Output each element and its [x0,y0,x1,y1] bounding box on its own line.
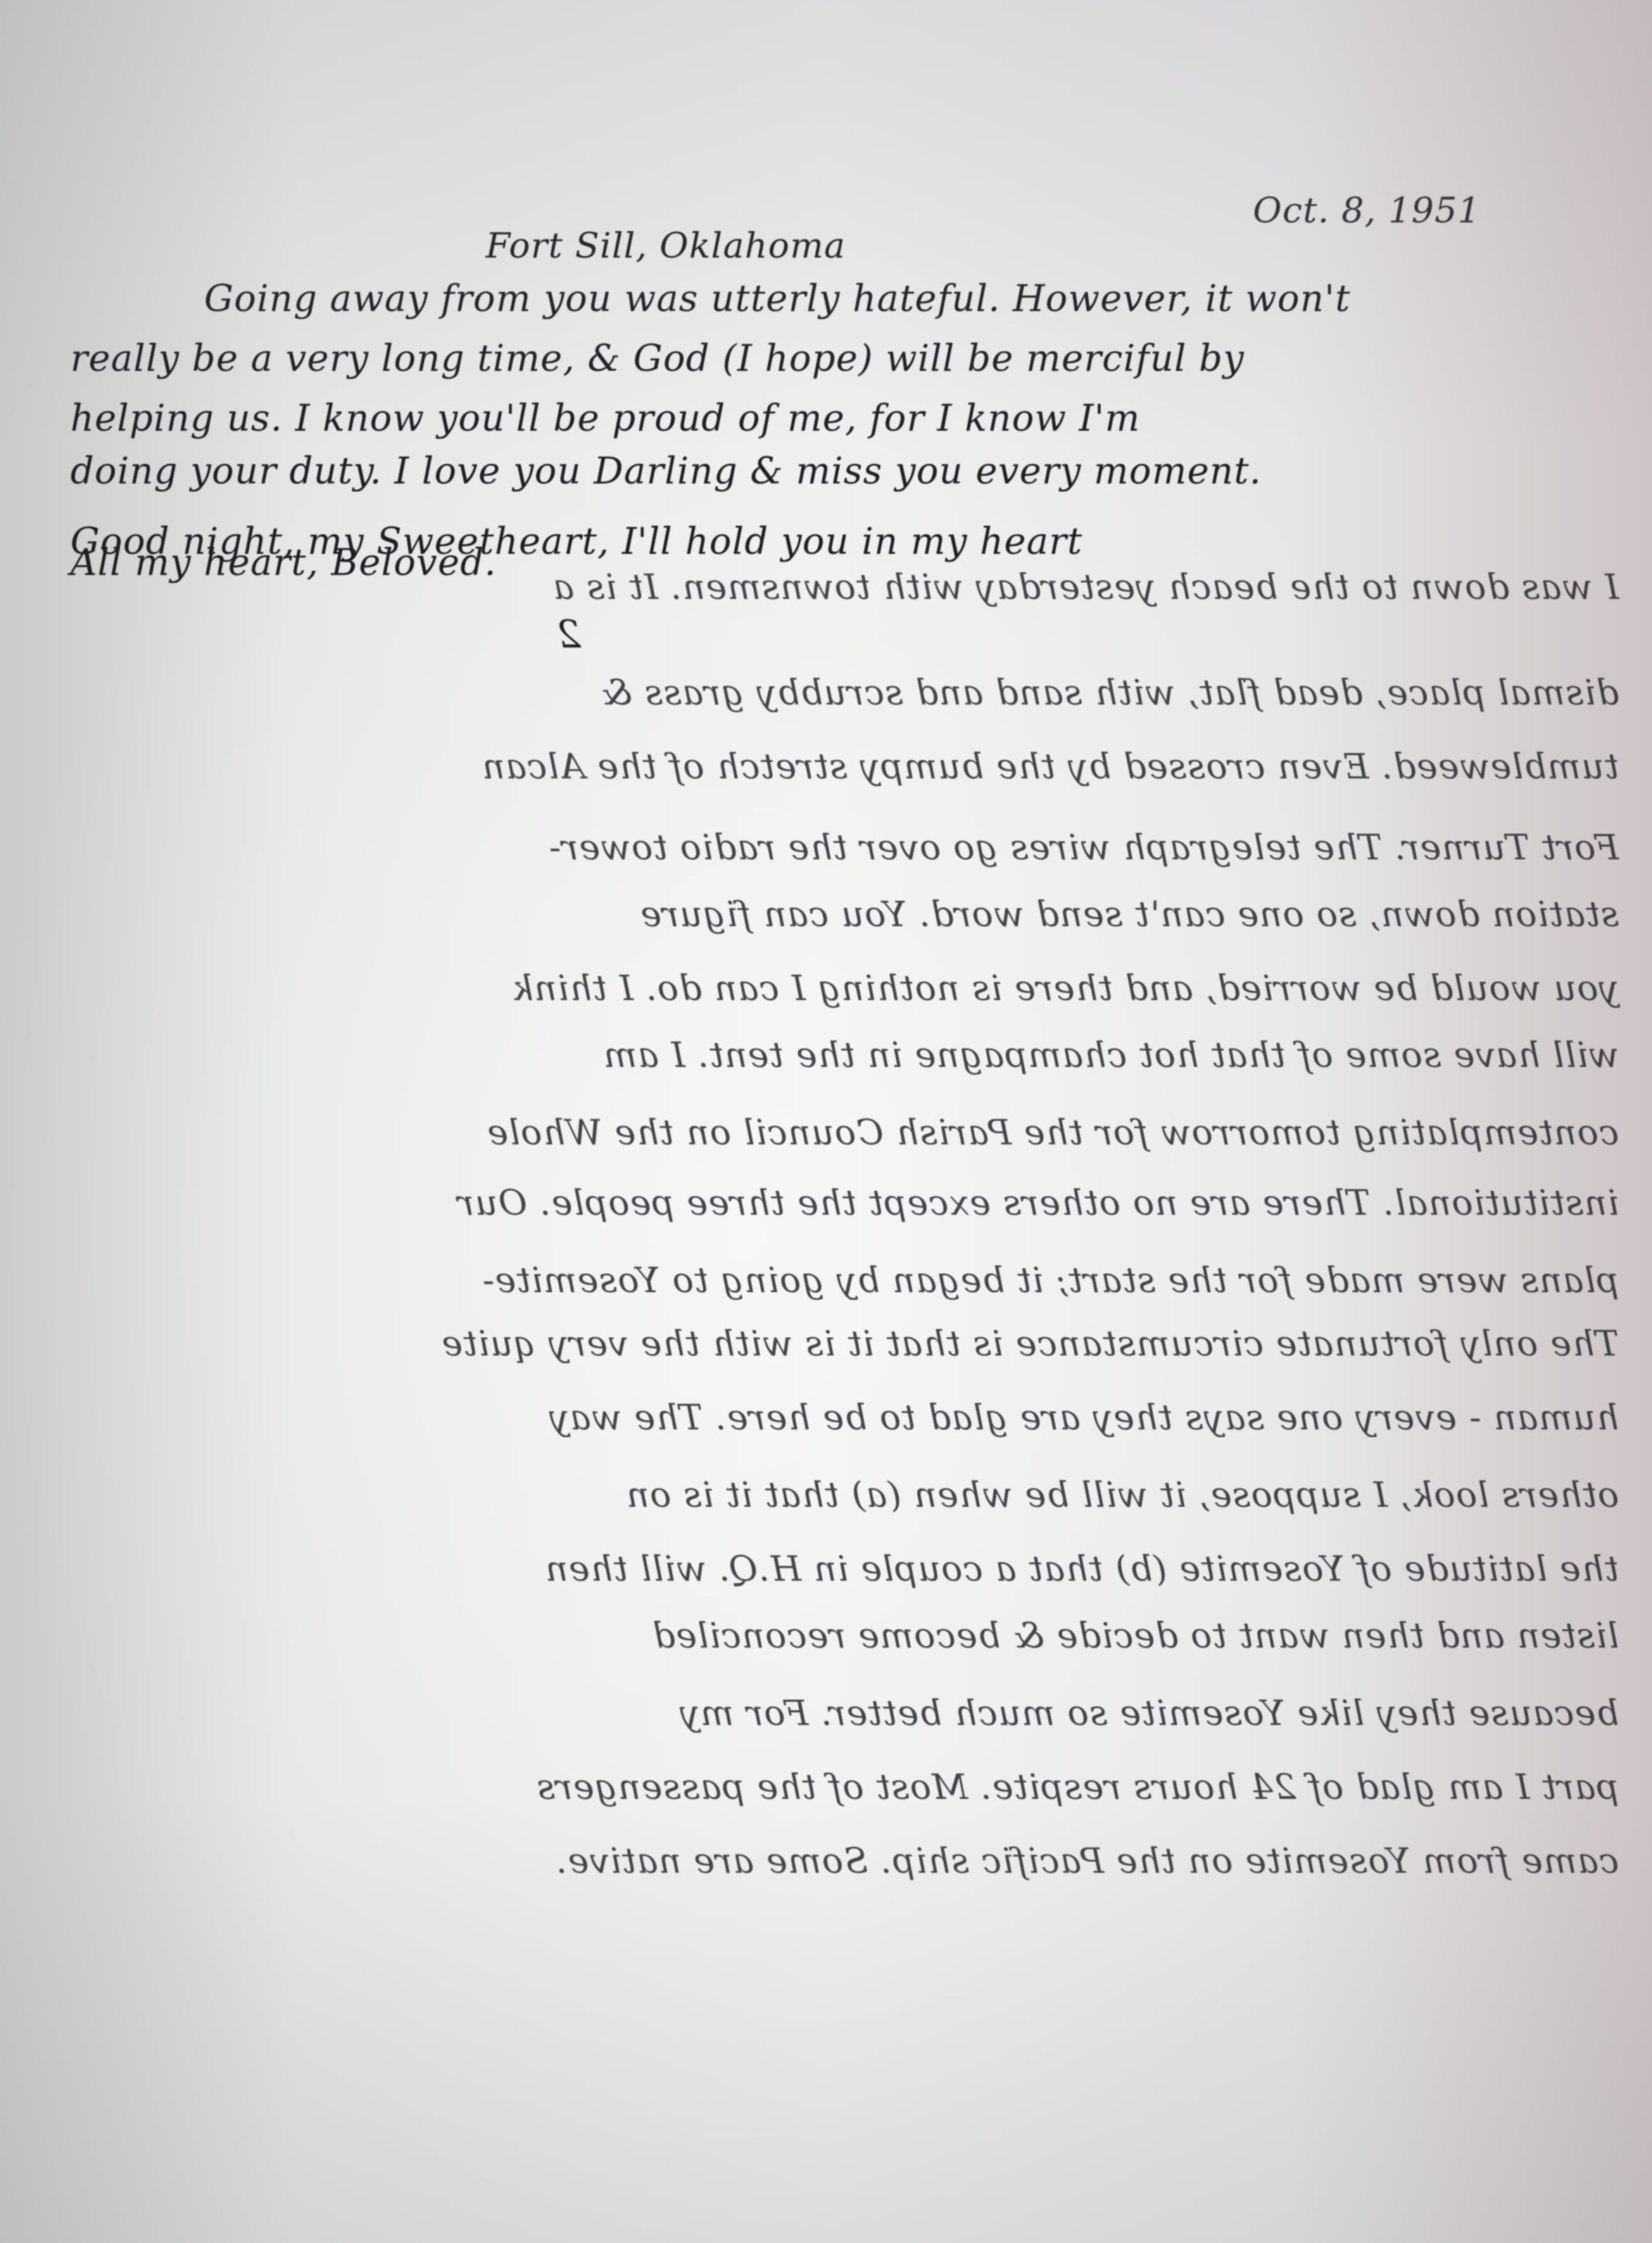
reverse-line: institutional. There are no others excep… [70,1182,1619,1223]
reverse-line: will have some of that hot champagne in … [70,1035,1619,1075]
reverse-line: came from Yosemite on the Pacific ship. … [70,1840,1619,1881]
reverse-line: human - every one says they are glad to … [70,1397,1619,1438]
reverse-line: the latitude of Yosemite (b) that a coup… [70,1548,1619,1589]
letter-line: helping us. I know you'll be proud of me… [70,398,1140,440]
letter-location: Fort Sill, Oklahoma [486,225,846,266]
letter-date: Oct. 8, 1951 [1253,190,1481,231]
reverse-line: dismal place, dead flat, with sand and s… [70,672,1619,713]
reverse-line: contemplating tomorrow for the Parish Co… [70,1112,1619,1153]
reverse-line: I was down to the beach yesterday with t… [70,567,1619,607]
reverse-line: listen and then want to decide & become … [70,1615,1619,1656]
reverse-page-number: 2 [556,612,581,657]
reverse-line: because they like Yosemite so much bette… [70,1693,1619,1733]
reverse-line: you would be worried, and there is nothi… [70,968,1619,1009]
letter-line: Going away from you was utterly hateful.… [204,278,1351,320]
reverse-line: Fort Turner. The telegraph wires go over… [70,827,1619,868]
letter-page: Oct. 8, 1951 Fort Sill, Oklahoma Going a… [0,0,1652,2243]
letter-line: doing your duty. I love you Darling & mi… [70,450,1261,493]
reverse-line: part I am glad of 24 hours respite. Most… [70,1767,1619,1807]
reverse-line: tumbleweed. Even crossed by the bumpy st… [70,746,1619,787]
reverse-line: station down, so one can't send word. Yo… [70,894,1619,935]
reverse-line: plans were made for the start; it began … [70,1260,1619,1301]
letter-line: really be a very long time, & God (I hop… [70,338,1244,380]
reverse-line: The only fortunate circumstance is that … [70,1323,1619,1364]
reverse-line: others look, I suppose, it will be when … [70,1474,1619,1515]
